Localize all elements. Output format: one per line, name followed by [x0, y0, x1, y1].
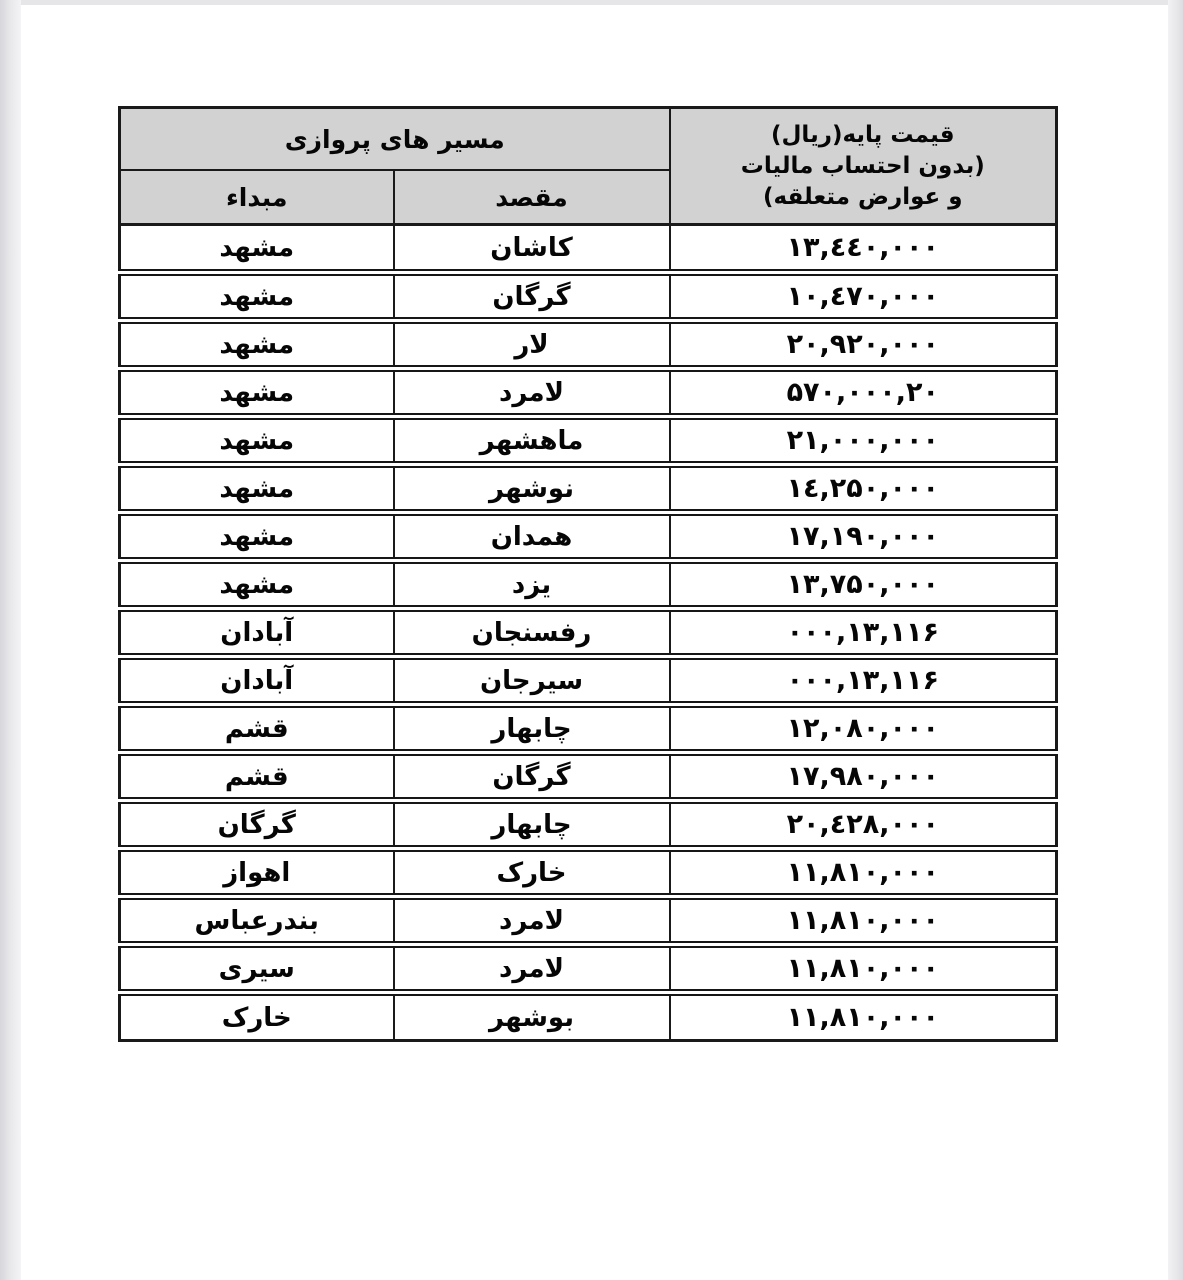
destination-cell: رفسنجان: [394, 609, 670, 657]
origin-cell: مشهد: [120, 369, 394, 417]
destination-cell: بوشهر: [394, 993, 670, 1041]
scan-left-margin-shade: [0, 0, 21, 1280]
origin-city: اهواز: [223, 858, 290, 888]
document-page: مسیر های پروازی قیمت پایه(ریال) (بدون اح…: [21, 5, 1168, 1280]
origin-cell: مشهد: [120, 321, 394, 369]
price-value: ٢٠,٤٢٨,٠٠٠: [787, 809, 939, 840]
fare-row: قشم گرگان ١٧,٩٨٠,٠٠٠: [120, 753, 1057, 801]
price-value: ٢٠,۵٧٠,٠٠٠: [787, 377, 939, 408]
price-cell: ١١,٨١٠,٠٠٠: [670, 993, 1057, 1041]
flight-fare-table: مسیر های پروازی قیمت پایه(ریال) (بدون اح…: [118, 106, 1058, 1042]
destination-cell: گرگان: [394, 753, 670, 801]
origin-city: مشهد: [219, 378, 294, 408]
price-value: ١٣,١١۶,٠٠٠: [787, 617, 939, 648]
fare-row: بندرعباس لامرد ١١,٨١٠,٠٠٠: [120, 897, 1057, 945]
price-cell: ١١,٨١٠,٠٠٠: [670, 897, 1057, 945]
fare-row: مشهد ماهشهر ٢١,٠٠٠,٠٠٠: [120, 417, 1057, 465]
origin-city: گرگان: [218, 810, 296, 840]
price-cell: ١٠,٤٧٠,٠٠٠: [670, 273, 1057, 321]
table-body: مشهد کاشان ١٣,٤٤٠,٠٠٠ مشهد گرگان ١٠,٤٧٠,…: [120, 225, 1057, 1041]
destination-city: یزد: [512, 570, 551, 600]
price-value: ١١,٨١٠,٠٠٠: [787, 857, 939, 888]
origin-cell: مشهد: [120, 417, 394, 465]
destination-city: لار: [514, 330, 548, 360]
price-cell: ١٧,٩٨٠,٠٠٠: [670, 753, 1057, 801]
price-cell: ١٣,١١۶,٠٠٠: [670, 609, 1057, 657]
origin-city: مشهد: [219, 330, 294, 360]
fare-row: گرگان چابهار ٢٠,٤٢٨,٠٠٠: [120, 801, 1057, 849]
price-cell: ١٣,٧۵٠,٠٠٠: [670, 561, 1057, 609]
destination-city: سیرجان: [480, 666, 583, 696]
origin-city: قشم: [225, 762, 289, 792]
destination-city: کاشان: [490, 233, 572, 263]
destination-cell: چابهار: [394, 705, 670, 753]
destination-cell: یزد: [394, 561, 670, 609]
price-value: ١٧,١٩٠,٠٠٠: [787, 521, 939, 552]
destination-city: لامرد: [499, 378, 564, 408]
price-value: ١١,٨١٠,٠٠٠: [787, 905, 939, 936]
price-cell: ١٧,١٩٠,٠٠٠: [670, 513, 1057, 561]
destination-cell: لامرد: [394, 369, 670, 417]
origin-city: مشهد: [219, 570, 294, 600]
destination-cell: همدان: [394, 513, 670, 561]
origin-header-cell: مبداء: [120, 170, 394, 225]
routes-header-title: مسیر های پروازی: [121, 125, 669, 154]
price-header-line-3: و عوارض متعلقه): [671, 182, 1056, 213]
price-cell: ١٣,٤٤٠,٠٠٠: [670, 225, 1057, 273]
price-value: ١٣,١١۶,٠٠٠: [787, 665, 939, 696]
origin-city: خارک: [222, 1003, 292, 1033]
price-cell: ٢٠,٤٢٨,٠٠٠: [670, 801, 1057, 849]
scan-right-margin-shade: [1168, 0, 1183, 1280]
destination-city: گرگان: [492, 762, 570, 792]
fare-row: مشهد گرگان ١٠,٤٧٠,٠٠٠: [120, 273, 1057, 321]
origin-city: بندرعباس: [195, 906, 319, 936]
origin-cell: اهواز: [120, 849, 394, 897]
destination-cell: ماهشهر: [394, 417, 670, 465]
origin-cell: سیری: [120, 945, 394, 993]
price-value: ١١,٨١٠,٠٠٠: [787, 1002, 939, 1033]
price-value: ٢١,٠٠٠,٠٠٠: [787, 425, 939, 456]
routes-header-cell: مسیر های پروازی: [120, 108, 670, 171]
price-value: ١١,٨١٠,٠٠٠: [787, 953, 939, 984]
origin-city: آبادان: [220, 666, 293, 696]
destination-city: همدان: [491, 522, 573, 552]
price-header-line-1: قیمت پایه(ریال): [671, 120, 1056, 151]
fare-row: آبادان سیرجان ١٣,١١۶,٠٠٠: [120, 657, 1057, 705]
destination-cell: کاشان: [394, 225, 670, 273]
destination-city: بوشهر: [489, 1003, 574, 1033]
price-value: ١٧,٩٨٠,٠٠٠: [787, 761, 939, 792]
fare-row: مشهد لار ٢٠,٩٢٠,٠٠٠: [120, 321, 1057, 369]
price-value: ٢٠,٩٢٠,٠٠٠: [787, 329, 939, 360]
price-value: ١٤,٢۵٠,٠٠٠: [787, 473, 939, 504]
destination-city: گرگان: [492, 282, 570, 312]
price-cell: ١٢,٠٨٠,٠٠٠: [670, 705, 1057, 753]
origin-city: مشهد: [219, 522, 294, 552]
fare-row: سیری لامرد ١١,٨١٠,٠٠٠: [120, 945, 1057, 993]
destination-city: لامرد: [499, 954, 564, 984]
price-value: ١٢,٠٨٠,٠٠٠: [787, 713, 939, 744]
origin-cell: مشهد: [120, 225, 394, 273]
destination-cell: خارک: [394, 849, 670, 897]
price-cell: ١١,٨١٠,٠٠٠: [670, 849, 1057, 897]
destination-city: چابهار: [491, 810, 571, 840]
origin-cell: مشهد: [120, 273, 394, 321]
destination-city: چابهار: [491, 714, 571, 744]
fare-row: مشهد همدان ١٧,١٩٠,٠٠٠: [120, 513, 1057, 561]
origin-cell: قشم: [120, 705, 394, 753]
destination-header-cell: مقصد: [394, 170, 670, 225]
destination-city: خارک: [496, 858, 566, 888]
destination-cell: نوشهر: [394, 465, 670, 513]
price-cell: ٢٠,۵٧٠,٠٠٠: [670, 369, 1057, 417]
origin-city: مشهد: [219, 426, 294, 456]
destination-cell: چابهار: [394, 801, 670, 849]
destination-cell: لامرد: [394, 945, 670, 993]
table-header: مسیر های پروازی قیمت پایه(ریال) (بدون اح…: [120, 108, 1057, 225]
destination-city: رفسنجان: [472, 618, 592, 648]
price-value: ١٣,٧۵٠,٠٠٠: [787, 569, 939, 600]
origin-header-label: مبداء: [121, 183, 393, 212]
origin-city: قشم: [225, 714, 289, 744]
price-cell: ١٣,١١۶,٠٠٠: [670, 657, 1057, 705]
origin-cell: خارک: [120, 993, 394, 1041]
fare-row: خارک بوشهر ١١,٨١٠,٠٠٠: [120, 993, 1057, 1041]
origin-cell: مشهد: [120, 513, 394, 561]
destination-header-label: مقصد: [395, 183, 669, 212]
fare-row: مشهد نوشهر ١٤,٢۵٠,٠٠٠: [120, 465, 1057, 513]
fare-row: مشهد یزد ١٣,٧۵٠,٠٠٠: [120, 561, 1057, 609]
origin-cell: آبادان: [120, 609, 394, 657]
price-header-cell: قیمت پایه(ریال) (بدون احتساب مالیات و عو…: [670, 108, 1057, 225]
origin-city: مشهد: [219, 282, 294, 312]
origin-city: سیری: [219, 954, 295, 984]
origin-city: مشهد: [219, 233, 294, 263]
destination-city: نوشهر: [489, 474, 574, 504]
fare-row: مشهد کاشان ١٣,٤٤٠,٠٠٠: [120, 225, 1057, 273]
origin-cell: گرگان: [120, 801, 394, 849]
destination-city: ماهشهر: [480, 426, 584, 456]
destination-cell: گرگان: [394, 273, 670, 321]
origin-cell: آبادان: [120, 657, 394, 705]
price-cell: ١١,٨١٠,٠٠٠: [670, 945, 1057, 993]
destination-city: لامرد: [499, 906, 564, 936]
price-value: ١٠,٤٧٠,٠٠٠: [787, 281, 939, 312]
origin-cell: مشهد: [120, 561, 394, 609]
fare-row: آبادان رفسنجان ١٣,١١۶,٠٠٠: [120, 609, 1057, 657]
destination-cell: لامرد: [394, 897, 670, 945]
destination-cell: سیرجان: [394, 657, 670, 705]
origin-cell: مشهد: [120, 465, 394, 513]
origin-cell: بندرعباس: [120, 897, 394, 945]
fare-row: قشم چابهار ١٢,٠٨٠,٠٠٠: [120, 705, 1057, 753]
price-value: ١٣,٤٤٠,٠٠٠: [787, 232, 939, 263]
price-cell: ١٤,٢۵٠,٠٠٠: [670, 465, 1057, 513]
price-header-line-2: (بدون احتساب مالیات: [671, 151, 1056, 182]
origin-cell: قشم: [120, 753, 394, 801]
origin-city: آبادان: [220, 618, 293, 648]
fare-row: اهواز خارک ١١,٨١٠,٠٠٠: [120, 849, 1057, 897]
destination-cell: لار: [394, 321, 670, 369]
price-cell: ٢٠,٩٢٠,٠٠٠: [670, 321, 1057, 369]
price-cell: ٢١,٠٠٠,٠٠٠: [670, 417, 1057, 465]
fare-row: مشهد لامرد ٢٠,۵٧٠,٠٠٠: [120, 369, 1057, 417]
origin-city: مشهد: [219, 474, 294, 504]
